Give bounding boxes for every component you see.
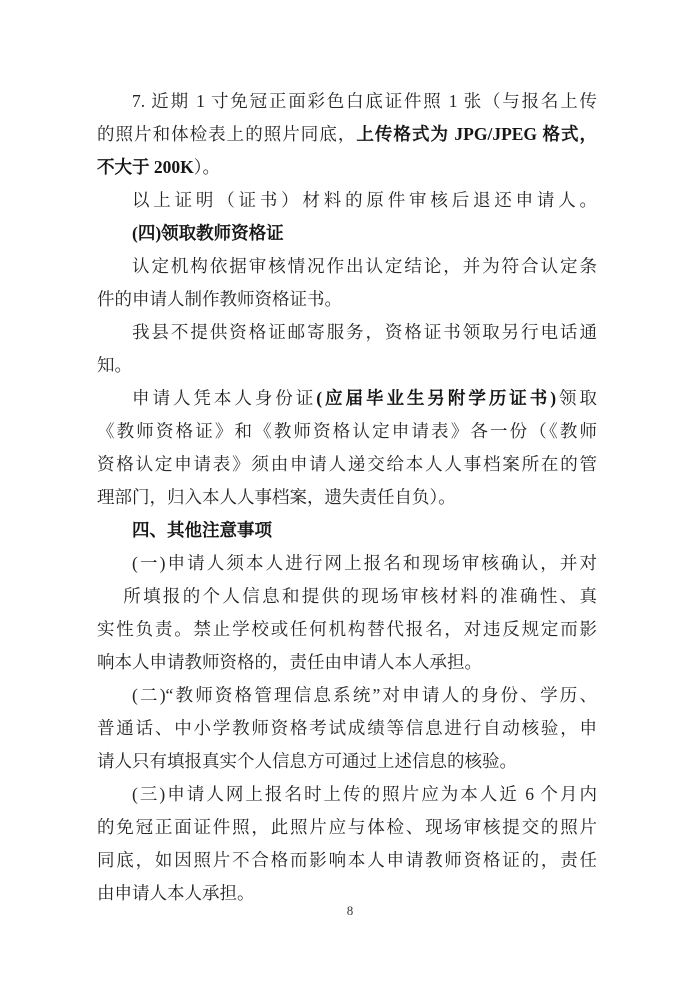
text-run: 实性负责。禁止学校或任何机构替代报名，对违反规定而影 [97,619,597,639]
text-line: (二)“教师资格管理信息系统”对申请人的身份、学历、 [97,679,597,712]
text-run: 我县不提供资格证邮寄服务，资格证书领取另行电话通 [132,322,597,342]
text-run: 所填报的个人信息和提供的现场审核材料的准确性、真 [123,586,597,606]
text-run: 的免冠正面证件照，此照片应与体检、现场审核提交的照片 [97,817,597,837]
text-run: 申请人凭本人身份证 [132,388,316,408]
text-line: (四)领取教师资格证 [97,217,597,250]
text-line: 的照片和体检表上的照片同底，上传格式为 JPG/JPEG 格式， [97,118,597,151]
text-run: ）。 [194,157,220,177]
bold-text-run: 四、其他注意事项 [132,520,272,540]
text-line: 普通话、中小学教师资格考试成绩等信息进行自动核验，申 [97,712,597,745]
text-run: 领取 [556,388,597,408]
page-number: 8 [0,903,700,919]
bold-text-run: 上传格式为 JPG/JPEG 格式， [356,124,597,144]
text-run: 资格认定申请表》须由申请人递交给本人人事档案所在的管 [97,454,597,474]
text-run: 件的申请人制作教师资格证书。 [97,289,342,309]
text-line: 理部门，归入本人人事档案，遗失责任自负）。 [97,481,597,514]
text-run: 认定机构依据审核情况作出认定结论，并为符合认定条 [132,256,597,276]
bold-text-run: 不大于 200K [97,157,194,177]
text-line: 同底，如因照片不合格而影响本人申请教师资格证的，责任 [97,844,597,877]
text-run: (二)“教师资格管理信息系统”对申请人的身份、学历、 [132,685,597,705]
text-line: 件的申请人制作教师资格证书。 [97,283,597,316]
text-line: 请人只有填报真实个人信息方可通过上述信息的核验。 [97,745,597,778]
text-line: 四、其他注意事项 [97,514,597,547]
text-run: (一)申请人须本人进行网上报名和现场审核确认，并对 [132,553,597,573]
text-run: 理部门，归入本人人事档案，遗失责任自负）。 [97,487,456,507]
text-run: 知。 [97,355,132,375]
text-line: 响本人申请教师资格的，责任由申请人本人承担。 [97,646,597,679]
text-line: 知。 [97,349,597,382]
text-line: (一)申请人须本人进行网上报名和现场审核确认，并对 [97,547,597,580]
text-line: 不大于 200K）。 [97,151,597,184]
text-run: 同底，如因照片不合格而影响本人申请教师资格证的，责任 [97,850,597,870]
text-run: 以上证明（证书）材料的原件审核后退还申请人。 [132,190,597,210]
text-line: 《教师资格证》和《教师资格认定申请表》各一份（《教师 [97,415,597,448]
text-line: 资格认定申请表》须由申请人递交给本人人事档案所在的管 [97,448,597,481]
text-line: (三)申请人网上报名时上传的照片应为本人近 6 个月内 [97,778,597,811]
text-line: 实性负责。禁止学校或任何机构替代报名，对违反规定而影 [97,613,597,646]
text-line: 我县不提供资格证邮寄服务，资格证书领取另行电话通 [97,316,597,349]
text-line: 7. 近期 1 寸免冠正面彩色白底证件照 1 张（与报名上传 [97,85,597,118]
text-run: 7. 近期 1 寸免冠正面彩色白底证件照 1 张（与报名上传 [132,91,597,111]
document-body: 7. 近期 1 寸免冠正面彩色白底证件照 1 张（与报名上传的照片和体检表上的照… [97,85,597,910]
document-page: 7. 近期 1 寸免冠正面彩色白底证件照 1 张（与报名上传的照片和体检表上的照… [0,0,700,990]
text-run: 《教师资格证》和《教师资格认定申请表》各一份（《教师 [97,421,597,441]
text-run: 请人只有填报真实个人信息方可通过上述信息的核验。 [97,751,517,771]
bold-text-run: (四)领取教师资格证 [132,223,284,243]
text-run: 普通话、中小学教师资格考试成绩等信息进行自动核验，申 [97,718,597,738]
text-run: 由申请人本人承担。 [97,883,255,903]
text-run: 的照片和体检表上的照片同底， [97,124,356,144]
text-line: 所填报的个人信息和提供的现场审核材料的准确性、真 [97,580,597,613]
text-line: 申请人凭本人身份证(应届毕业生另附学历证书)领取 [97,382,597,415]
text-run: (三)申请人网上报名时上传的照片应为本人近 6 个月内 [132,784,597,804]
text-line: 认定机构依据审核情况作出认定结论，并为符合认定条 [97,250,597,283]
bold-text-run: (应届毕业生另附学历证书) [316,388,556,408]
text-line: 的免冠正面证件照，此照片应与体检、现场审核提交的照片 [97,811,597,844]
text-line: 以上证明（证书）材料的原件审核后退还申请人。 [97,184,597,217]
text-run: 响本人申请教师资格的，责任由申请人本人承担。 [97,652,482,672]
